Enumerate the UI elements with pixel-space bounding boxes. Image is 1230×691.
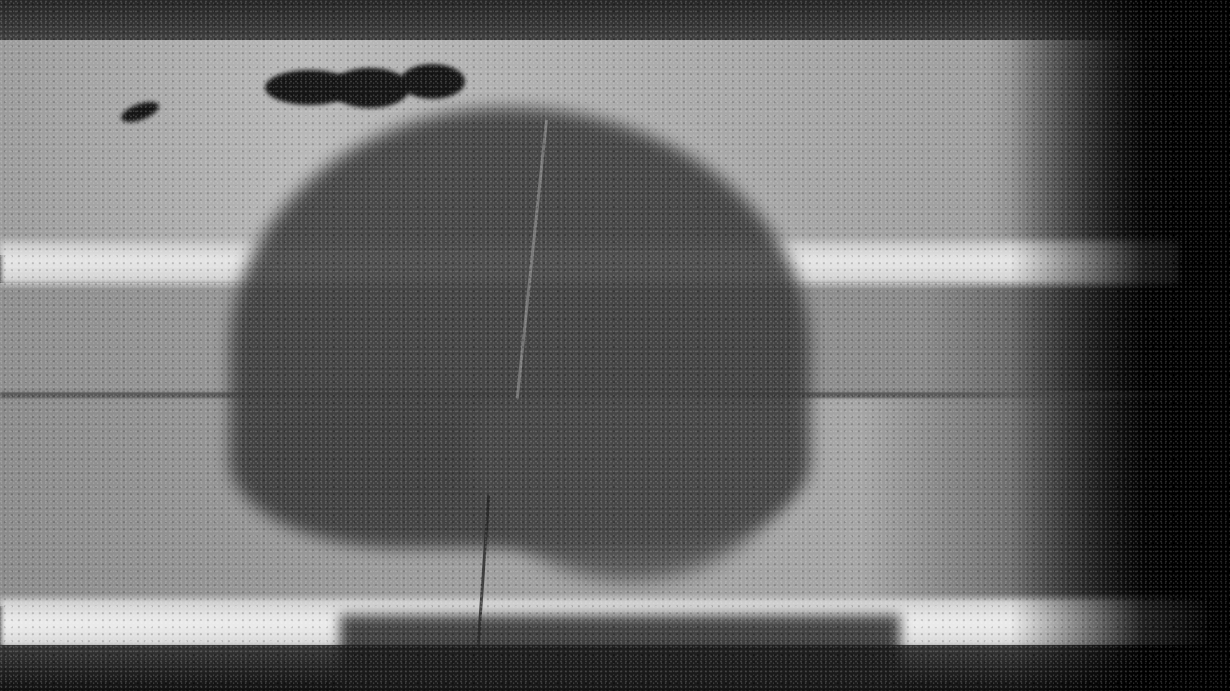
photograph	[0, 0, 1230, 691]
stone-texture	[0, 0, 1230, 691]
